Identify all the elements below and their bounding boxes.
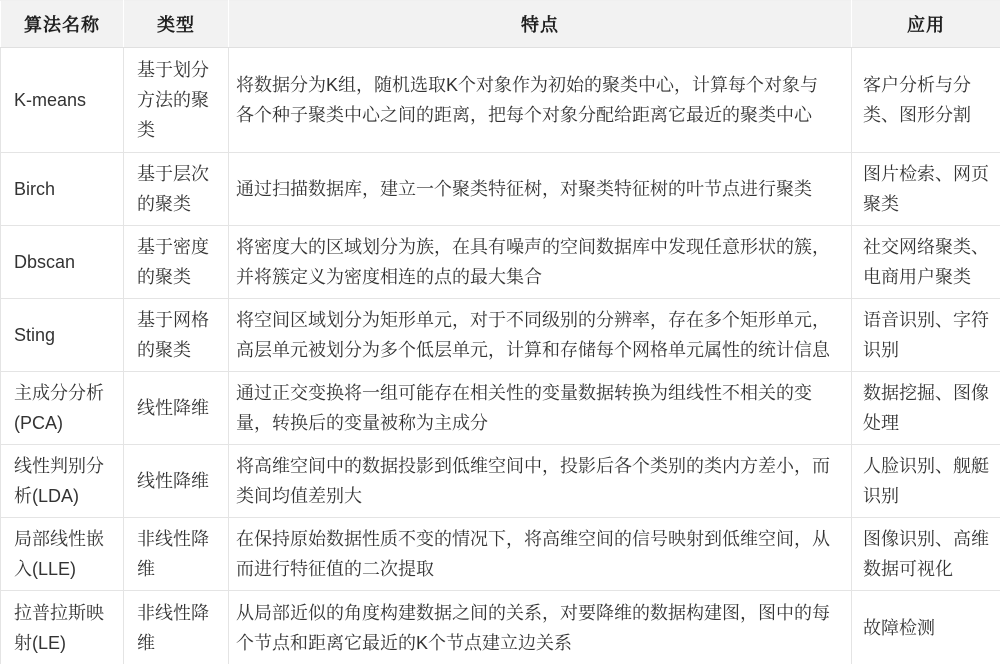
cell-algorithm-name: Dbscan	[1, 226, 124, 299]
column-header-type: 类型	[124, 1, 229, 48]
table-row: 主成分分析 (PCA) 线性降维 通过正交变换将一组可能存在相关性的变量数据转换…	[1, 372, 1000, 445]
cell-application: 客户分析与分 类、图形分割	[852, 48, 1000, 153]
cell-application: 图片检索、网页 聚类	[852, 153, 1000, 226]
cell-application: 故障检测	[852, 591, 1000, 664]
cell-features: 从局部近似的角度构建数据之间的关系，对要降维的数据构建图，图中的每 个节点和距离…	[229, 591, 852, 664]
cell-features: 将数据分为K组，随机选取K个对象作为初始的聚类中心，计算每个对象与 各个种子聚类…	[229, 48, 852, 153]
cell-algorithm-name: 局部线性嵌 入(LLE)	[1, 518, 124, 591]
algorithm-table: 算法名称 类型 特点 应用 K-means 基于划分 方法的聚 类 将数据分为K…	[0, 0, 1000, 664]
cell-type: 基于划分 方法的聚 类	[124, 48, 229, 153]
cell-type: 基于密度 的聚类	[124, 226, 229, 299]
cell-features: 将密度大的区域划分为族，在具有噪声的空间数据库中发现任意形状的簇， 并将簇定义为…	[229, 226, 852, 299]
cell-application: 图像识别、高维 数据可视化	[852, 518, 1000, 591]
table-row: Birch 基于层次 的聚类 通过扫描数据库，建立一个聚类特征树，对聚类特征树的…	[1, 153, 1000, 226]
table-row: Dbscan 基于密度 的聚类 将密度大的区域划分为族，在具有噪声的空间数据库中…	[1, 226, 1000, 299]
cell-type: 基于网格 的聚类	[124, 299, 229, 372]
cell-algorithm-name: K-means	[1, 48, 124, 153]
cell-application: 社交网络聚类、 电商用户聚类	[852, 226, 1000, 299]
cell-application: 语音识别、字符 识别	[852, 299, 1000, 372]
header-row: 算法名称 类型 特点 应用	[1, 1, 1000, 48]
table-row: 拉普拉斯映 射(LE) 非线性降 维 从局部近似的角度构建数据之间的关系，对要降…	[1, 591, 1000, 664]
column-header-application: 应用	[852, 1, 1000, 48]
cell-type: 基于层次 的聚类	[124, 153, 229, 226]
column-header-features: 特点	[229, 1, 852, 48]
cell-type: 线性降维	[124, 372, 229, 445]
cell-type: 非线性降 维	[124, 518, 229, 591]
cell-algorithm-name: 拉普拉斯映 射(LE)	[1, 591, 124, 664]
table-row: Sting 基于网格 的聚类 将空间区域划分为矩形单元，对于不同级别的分辨率，存…	[1, 299, 1000, 372]
cell-features: 通过正交变换将一组可能存在相关性的变量数据转换为组线性不相关的变 量，转换后的变…	[229, 372, 852, 445]
cell-features: 将高维空间中的数据投影到低维空间中，投影后各个类别的类内方差小，而 类间均值差别…	[229, 445, 852, 518]
cell-features: 通过扫描数据库，建立一个聚类特征树，对聚类特征树的叶节点进行聚类	[229, 153, 852, 226]
cell-algorithm-name: Sting	[1, 299, 124, 372]
cell-features: 在保持原始数据性质不变的情况下，将高维空间的信号映射到低维空间，从 而进行特征值…	[229, 518, 852, 591]
cell-features: 将空间区域划分为矩形单元，对于不同级别的分辨率，存在多个矩形单元， 高层单元被划…	[229, 299, 852, 372]
cell-type: 线性降维	[124, 445, 229, 518]
cell-algorithm-name: 线性判别分 析(LDA)	[1, 445, 124, 518]
cell-application: 数据挖掘、图像 处理	[852, 372, 1000, 445]
table-row: K-means 基于划分 方法的聚 类 将数据分为K组，随机选取K个对象作为初始…	[1, 48, 1000, 153]
cell-algorithm-name: 主成分分析 (PCA)	[1, 372, 124, 445]
cell-type: 非线性降 维	[124, 591, 229, 664]
cell-algorithm-name: Birch	[1, 153, 124, 226]
cell-application: 人脸识别、舰艇 识别	[852, 445, 1000, 518]
table-row: 线性判别分 析(LDA) 线性降维 将高维空间中的数据投影到低维空间中，投影后各…	[1, 445, 1000, 518]
column-header-algorithm-name: 算法名称	[1, 1, 124, 48]
table-row: 局部线性嵌 入(LLE) 非线性降 维 在保持原始数据性质不变的情况下，将高维空…	[1, 518, 1000, 591]
